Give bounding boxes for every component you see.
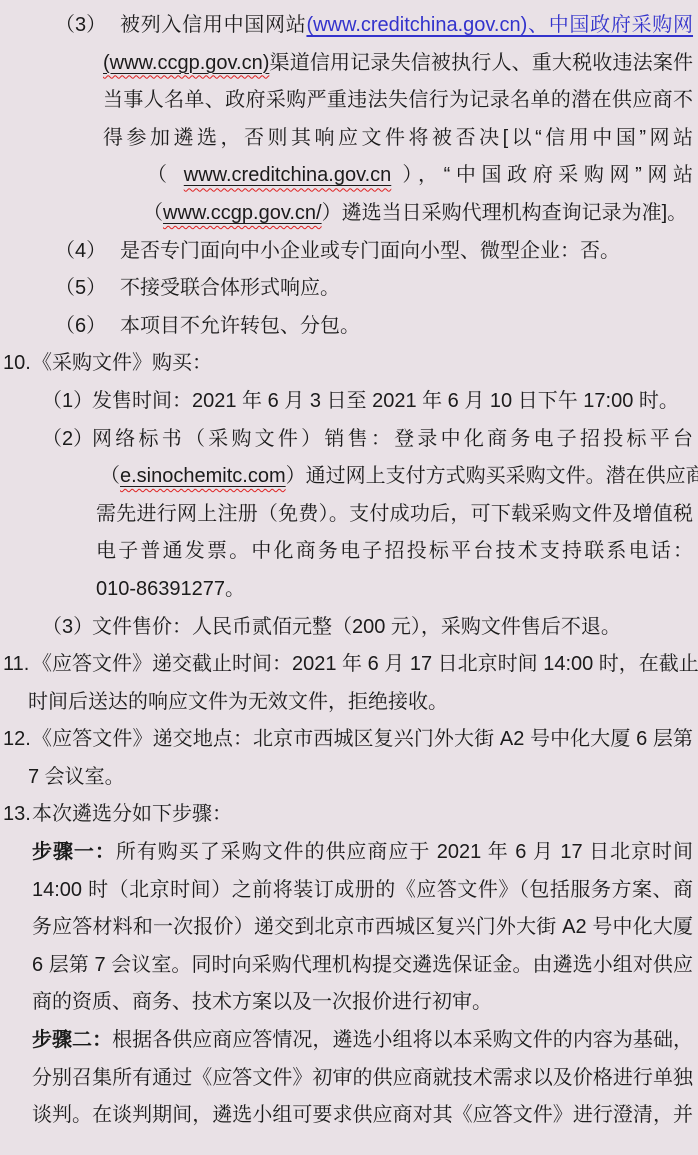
text-line: （1）发售时间：2021 年 6 月 3 日至 2021 年 6 月 10 日下… [0, 383, 698, 421]
body-text: 7 会议室。 [28, 766, 125, 788]
body-text: 被列入信用中国网站 [120, 14, 306, 36]
text-line: 11.《应答文件》递交截止时间：2021 年 6 月 17 日北京时间 14:0… [0, 646, 698, 684]
body-text: ）遴选当日采购代理机构查询记录为准]。 [322, 202, 688, 224]
text-line: 时间后送达的响应文件为无效文件，拒绝接收。 [0, 684, 698, 722]
list-number: （6） [55, 308, 106, 346]
body-text: 务应答材料和一次报价）递交到北京市西城区复兴门外大街 A2 号中化大厦 [32, 916, 693, 938]
text-line: （ www.creditchina.gov.cn ），“中国政府采购网”网站 [0, 157, 698, 195]
text-line: 步骤二：根据各供应商应答情况，遴选小组将以本采购文件的内容为基础， [0, 1022, 698, 1060]
body-text: 需先进行网上注册（免费）。支付成功后，可下载采购文件及增值税 [96, 503, 693, 525]
text-line: 得参加遴选，否则其响应文件将被否决[以“信用中国”网站 [0, 120, 698, 158]
text-line: （3）文件售价：人民币贰佰元整（200 元），采购文件售后不退。 [0, 609, 698, 647]
body-text: 时间后送达的响应文件为无效文件，拒绝接收。 [28, 691, 448, 713]
body-text: 分别召集所有通过《应答文件》初审的供应商就技术需求以及价格进行单独 [32, 1067, 693, 1089]
bold-text: 步骤二： [32, 1029, 112, 1051]
body-text: 《采购文件》购买： [32, 352, 212, 374]
text-line: 当事人名单、政府采购严重违法失信行为记录名单的潜在供应商不 [0, 82, 698, 120]
spellcheck-underline: www.creditchina.gov.cn [184, 164, 392, 186]
text-line: 10.《采购文件》购买： [0, 345, 698, 383]
body-text: ），“中国政府采购网”网站 [391, 164, 693, 186]
text-line: 7 会议室。 [0, 759, 698, 797]
url-text: e.sinochemitc.com [120, 465, 286, 487]
body-text: ）通过网上支付方式购买采购文件。潜在供应商 [286, 465, 698, 487]
body-text: 谈判。在谈判期间，遴选小组可要求供应商对其《应答文件》进行澄清，并 [32, 1104, 693, 1126]
list-number: （5） [55, 270, 106, 308]
body-text: 《应答文件》递交地点：北京市西城区复兴门外大街 A2 号中化大厦 6 层第 [32, 728, 693, 750]
text-line: 步骤一：所有购买了采购文件的供应商应于 2021 年 6 月 17 日北京时间 [0, 834, 698, 872]
list-number: （3） [55, 7, 106, 45]
body-text: 010-86391277。 [96, 578, 245, 600]
text-line: 分别召集所有通过《应答文件》初审的供应商就技术需求以及价格进行单独 [0, 1060, 698, 1098]
body-text: 电子普通发票。中化商务电子招投标平台技术支持联系电话： [96, 540, 693, 562]
body-text: （ [147, 164, 184, 186]
text-line: （e.sinochemitc.com）通过网上支付方式购买采购文件。潜在供应商 [0, 458, 698, 496]
text-line: 12.《应答文件》递交地点：北京市西城区复兴门外大街 A2 号中化大厦 6 层第 [0, 721, 698, 759]
body-text: 本项目不允许转包、分包。 [120, 315, 360, 337]
spellcheck-underline: www.ccgp.gov.cn/ [163, 202, 322, 224]
text-line: 谈判。在谈判期间，遴选小组可要求供应商对其《应答文件》进行澄清，并 [0, 1097, 698, 1135]
list-number: 13. [3, 796, 31, 834]
spellcheck-underline: e.sinochemitc.com [120, 465, 286, 487]
text-line: 6 层第 7 会议室。同时向采购代理机构提交遴选保证金。由遴选小组对供应 [0, 947, 698, 985]
text-line: （5）不接受联合体形式响应。 [0, 270, 698, 308]
body-text: 得参加遴选，否则其响应文件将被否决[以“信用中国”网站 [103, 127, 693, 149]
text-line: （2）网络标书（采购文件）销售：登录中化商务电子招投标平台 [0, 421, 698, 459]
body-text: 当事人名单、政府采购严重违法失信行为记录名单的潜在供应商不 [103, 89, 693, 111]
body-text: 商的资质、商务、技术方案以及一次报价进行初审。 [32, 991, 492, 1013]
text-line: 商的资质、商务、技术方案以及一次报价进行初审。 [0, 984, 698, 1022]
body-text: 本次遴选分如下步骤： [32, 803, 232, 825]
list-number: （2） [42, 421, 93, 459]
body-text: 发售时间：2021 年 6 月 3 日至 2021 年 6 月 10 日下午 1… [92, 390, 679, 412]
text-line: (www.ccgp.gov.cn)渠道信用记录失信被执行人、重大税收违法案件 [0, 45, 698, 83]
body-text: 14:00 时（北京时间）之前将装订成册的《应答文件》（包括服务方案、商 [32, 879, 693, 901]
body-text: 《应答文件》递交截止时间：2021 年 6 月 17 日北京时间 14:00 时… [32, 653, 698, 675]
body-text: （ [143, 202, 163, 224]
bold-text: 步骤一： [32, 841, 116, 863]
body-text: 不接受联合体形式响应。 [120, 277, 340, 299]
url-text: www.ccgp.gov.cn/ [163, 202, 322, 224]
list-number: 10. [3, 345, 31, 383]
list-number: 12. [3, 721, 31, 759]
text-line: 14:00 时（北京时间）之前将装订成册的《应答文件》（包括服务方案、商 [0, 872, 698, 910]
body-text: 是否专门面向中小企业或专门面向小型、微型企业：否。 [120, 240, 620, 262]
body-text: （ [100, 465, 120, 487]
text-line: 电子普通发票。中化商务电子招投标平台技术支持联系电话： [0, 533, 698, 571]
text-line: （6）本项目不允许转包、分包。 [0, 308, 698, 346]
text-line: 010-86391277。 [0, 571, 698, 609]
document-page: （3）被列入信用中国网站(www.creditchina.gov.cn)、中国政… [0, 0, 698, 1135]
body-text: 网络标书（采购文件）销售：登录中化商务电子招投标平台 [92, 428, 693, 450]
url-text: www.creditchina.gov.cn [184, 164, 392, 186]
spellcheck-underline: (www.ccgp.gov.cn) [103, 52, 269, 74]
text-line: （www.ccgp.gov.cn/）遴选当日采购代理机构查询记录为准]。 [0, 195, 698, 233]
body-text: 渠道信用记录失信被执行人、重大税收违法案件 [269, 52, 693, 74]
body-text: 文件售价：人民币贰佰元整（200 元），采购文件售后不退。 [92, 616, 621, 638]
list-number: 11. [3, 646, 29, 684]
list-number: （4） [55, 233, 106, 271]
text-line: 需先进行网上注册（免费）。支付成功后，可下载采购文件及增值税 [0, 496, 698, 534]
list-number: （1） [42, 383, 93, 421]
list-number: （3） [42, 609, 93, 647]
text-line: （3）被列入信用中国网站(www.creditchina.gov.cn)、中国政… [0, 7, 698, 45]
text-line: （4）是否专门面向中小企业或专门面向小型、微型企业：否。 [0, 233, 698, 271]
hyperlink[interactable]: (www.creditchina.gov.cn)、中国政府采购网 [306, 14, 693, 36]
body-text: 6 层第 7 会议室。同时向采购代理机构提交遴选保证金。由遴选小组对供应 [32, 954, 693, 976]
text-line: 务应答材料和一次报价）递交到北京市西城区复兴门外大街 A2 号中化大厦 [0, 909, 698, 947]
body-text: 所有购买了采购文件的供应商应于 2021 年 6 月 17 日北京时间 [116, 841, 693, 863]
text-line: 13.本次遴选分如下步骤： [0, 796, 698, 834]
body-text: 根据各供应商应答情况，遴选小组将以本采购文件的内容为基础， [112, 1029, 693, 1051]
url-text: (www.ccgp.gov.cn) [103, 52, 269, 74]
